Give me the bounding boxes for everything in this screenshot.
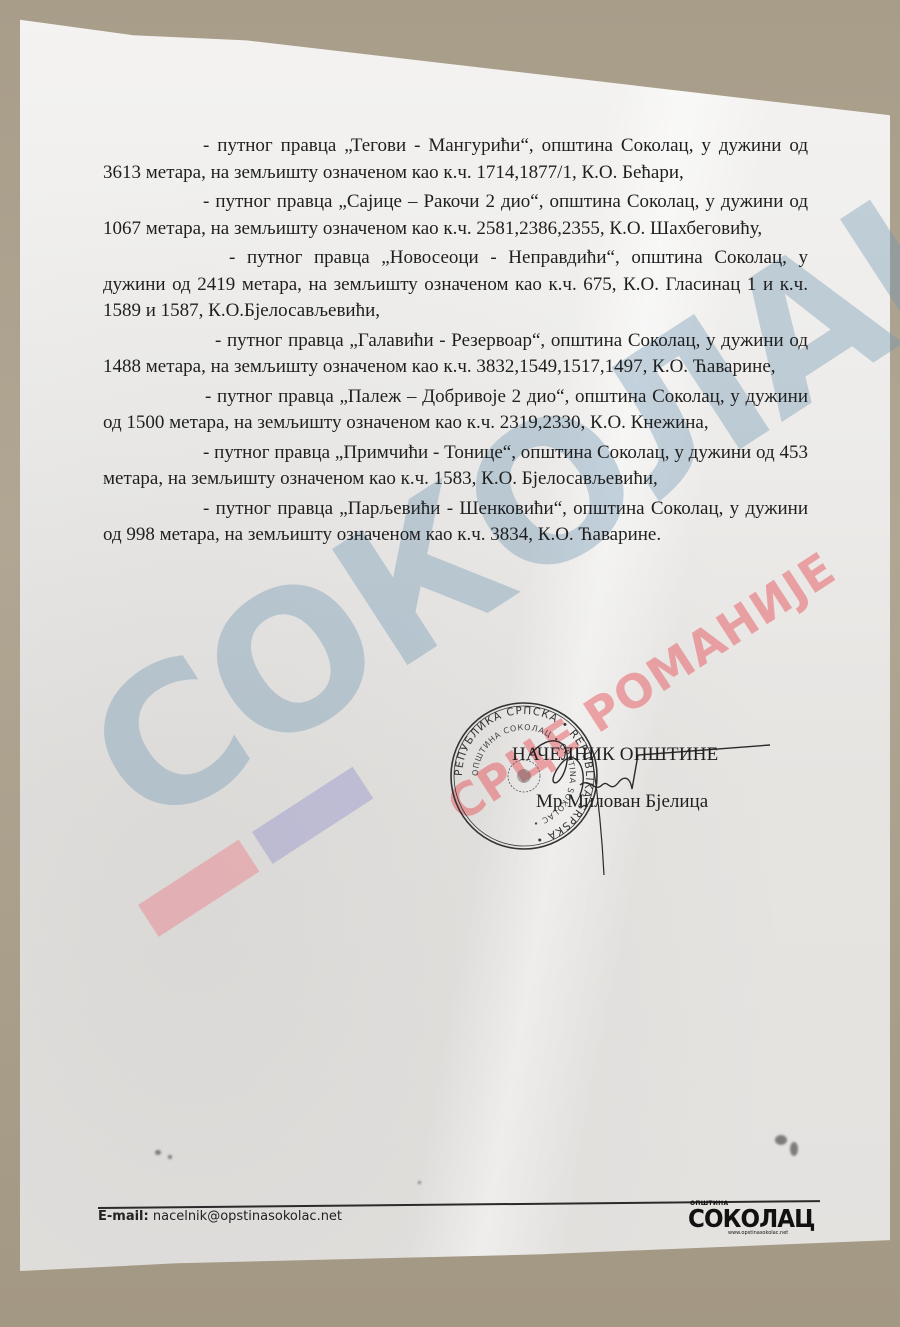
road-item: - путног правца „Тегови - Мангурићи“, оп… [103, 133, 808, 186]
signatory-title: НАЧЕЛНИК ОПШТИНЕ [512, 744, 718, 766]
signatory-name: Мр Милован Бјелица [512, 791, 718, 813]
logo-title: СОКОЛАЦ [688, 1207, 815, 1231]
smudge-mark [775, 1135, 787, 1145]
footer-contact: E-mail: nacelnik@opstinasokolac.net [98, 1209, 342, 1224]
municipality-logo: ОПШТИНА СОКОЛАЦ www.opstinasokolac.net [688, 1200, 826, 1236]
smudge-mark [155, 1150, 161, 1155]
road-item: - путног правца „Сајице – Ракочи 2 дио“,… [103, 189, 808, 242]
email-label: E-mail: [98, 1209, 149, 1224]
document-body: - путног правца „Тегови - Мангурићи“, оп… [103, 133, 808, 552]
road-item: - путног правца „Примчићи - Тонице“, опш… [103, 440, 808, 493]
smudge-mark [790, 1142, 798, 1156]
road-item: - путног правца „Галавићи - Резервоар“, … [103, 328, 808, 381]
road-item: - путног правца „Палеж – Добривоје 2 дио… [103, 384, 808, 437]
email-address: nacelnik@opstinasokolac.net [153, 1209, 342, 1224]
smudge-mark [168, 1155, 172, 1159]
road-item: - путног правца „Новосеоци - Неправдићи“… [103, 245, 808, 325]
signature-block: НАЧЕЛНИК ОПШТИНЕ Мр Милован Бјелица [512, 744, 718, 813]
smudge-mark [418, 1181, 421, 1184]
road-item: - путног правца „Парљевићи - Шенковићи“,… [103, 496, 808, 549]
